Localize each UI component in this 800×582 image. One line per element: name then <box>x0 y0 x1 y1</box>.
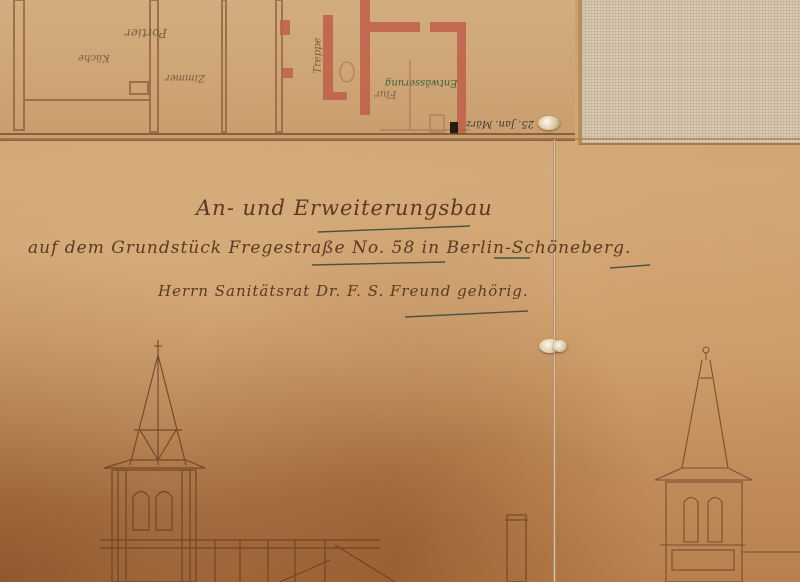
chimney <box>505 515 528 582</box>
plan-label: Portier <box>125 26 167 40</box>
green-annotation: Entwässerung <box>385 77 458 88</box>
new-walls <box>280 0 466 134</box>
plan-label: Flur <box>375 88 396 99</box>
fastener-middle-b <box>553 340 567 352</box>
date-annotation: 25. Jan. März <box>466 118 534 129</box>
title-line-2: auf dem Grundstück Fregestraße No. 58 in… <box>28 238 631 258</box>
plan-label: Küche <box>78 52 110 63</box>
title-line-3: Herrn Sanitätsrat Dr. F. S. Freund gehör… <box>158 282 529 300</box>
plan-walls <box>14 0 282 132</box>
plan-label: Treppe <box>313 37 324 73</box>
plan-mark <box>450 122 458 134</box>
title-line-1: An- und Erweiterungsbau <box>196 196 493 220</box>
plan-label: Zimmer <box>165 72 205 83</box>
right-tower-elevation <box>655 347 800 582</box>
fastener-top <box>538 116 560 130</box>
left-tower-elevation <box>100 340 395 582</box>
